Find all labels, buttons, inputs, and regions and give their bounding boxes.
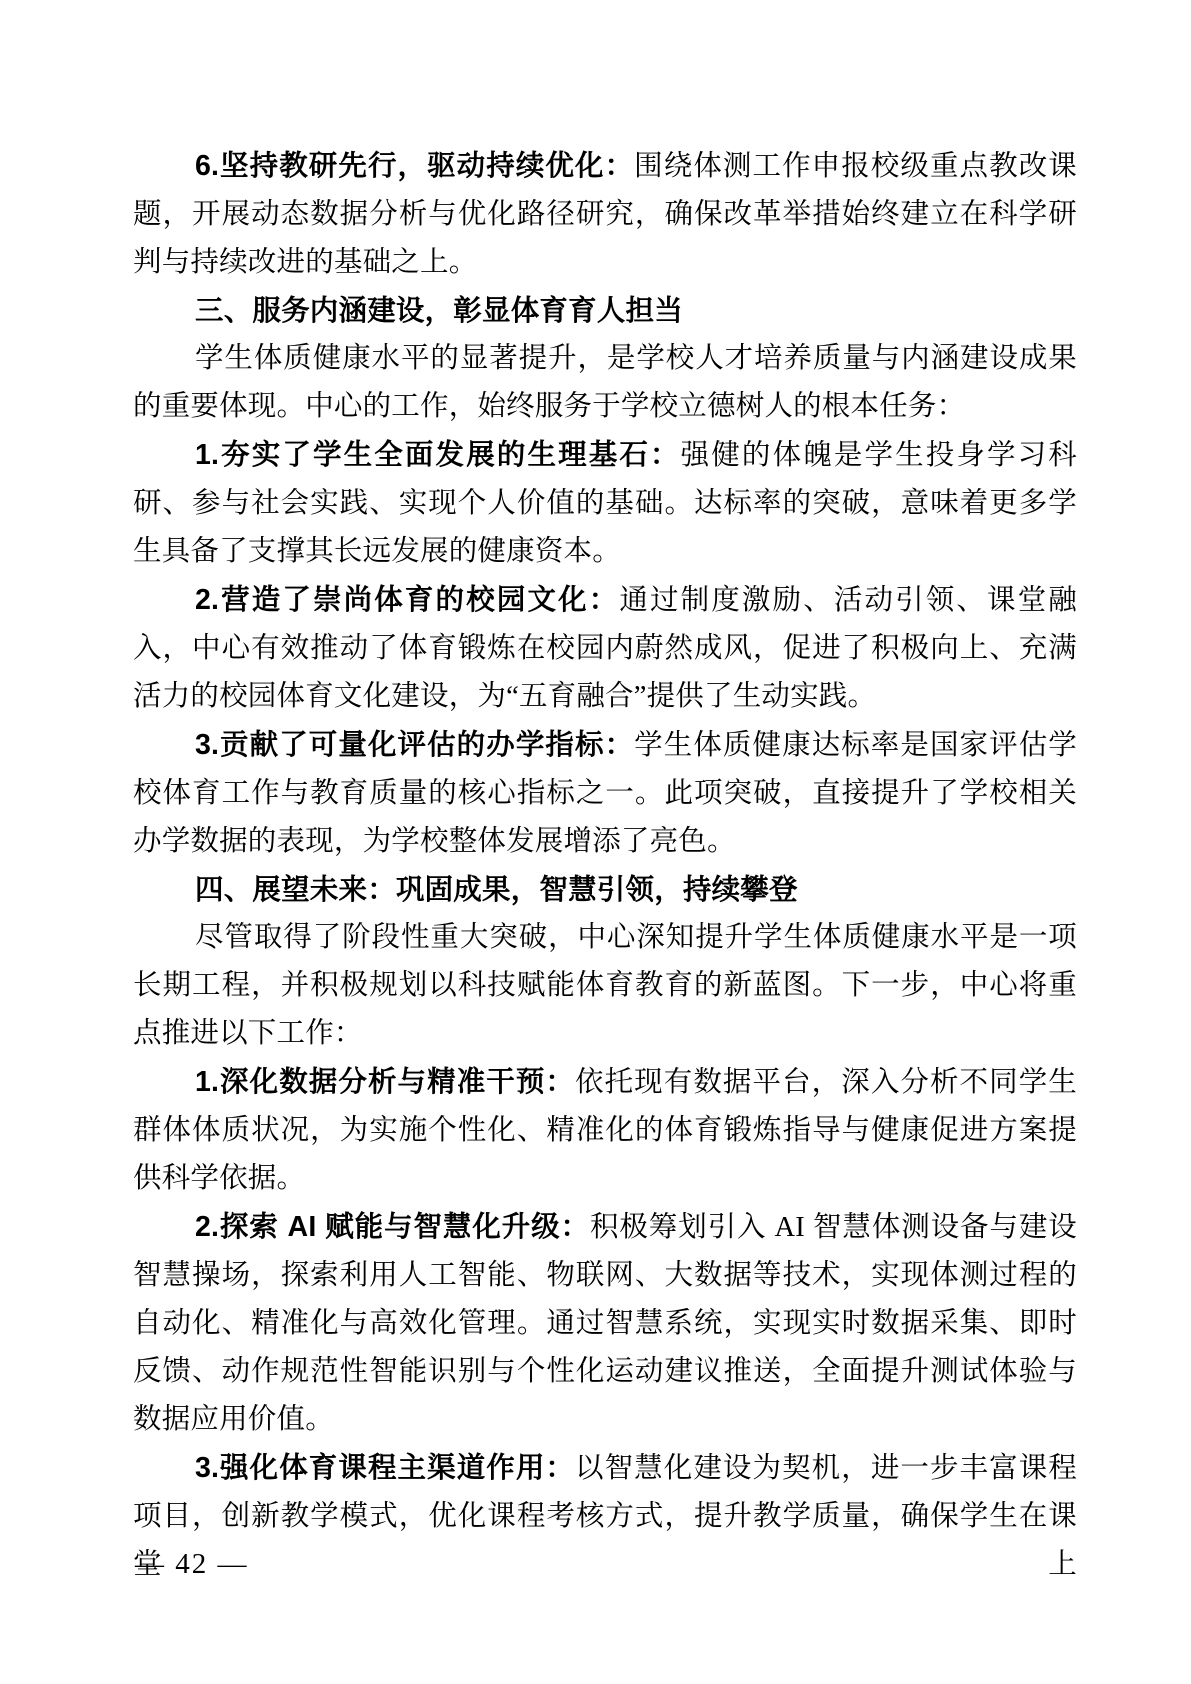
item-ai-smart-upgrade: 2.探索 AI 赋能与智慧化升级：积极筹划引入 AI 智慧体测设备与建设智慧操场… [133,1203,1077,1444]
paragraph-body: 学生体质健康水平的显著提升，是学校人才培养质量与内涵建设成果的重要体现。中心的工… [133,343,1077,422]
item-lead: 2.探索 AI 赋能与智慧化升级： [195,1211,590,1243]
item-quantifiable-indicator: 3.贡献了可量化评估的办学指标：学生体质健康达标率是国家评估学校体育工作与教育质… [133,721,1077,866]
section-3-intro-paragraph: 学生体质健康水平的显著提升，是学校人才培养质量与内涵建设成果的重要体现。中心的工… [133,335,1077,431]
item-research-driven-optimization: 6.坚持教研先行，驱动持续优化：围绕体测工作申报校级重点教改课题，开展动态数据分… [133,142,1077,287]
item-lead: 6.坚持教研先行，驱动持续优化： [195,150,634,182]
item-physiological-foundation: 1.夯实了学生全面发展的生理基石：强健的体魄是学生投身学习科研、参与社会实践、实… [133,431,1077,576]
item-body: 积极筹划引入 AI 智慧体测设备与建设智慧操场，探索利用人工智能、物联网、大数据… [133,1212,1077,1435]
item-lead: 2.营造了崇尚体育的校园文化： [195,584,619,616]
item-lead: 3.强化体育课程主渠道作用： [195,1452,575,1484]
document-content: 6.坚持教研先行，驱动持续优化：围绕体测工作申报校级重点教改课题，开展动态数据分… [133,142,1077,1589]
page-number: — 42 — [135,1546,249,1582]
item-lead: 1.夯实了学生全面发展的生理基石： [195,439,681,471]
item-campus-sports-culture: 2.营造了崇尚体育的校园文化：通过制度激励、活动引领、课堂融入，中心有效推动了体… [133,576,1077,721]
item-lead: 1.深化数据分析与精准干预： [195,1066,575,1098]
item-lead: 3.贡献了可量化评估的办学指标： [195,729,634,761]
section-heading-3: 三、服务内涵建设，彰显体育育人担当 [133,287,1077,335]
section-heading-4: 四、展望未来：巩固成果，智慧引领，持续攀登 [133,866,1077,914]
paragraph-body: 尽管取得了阶段性重大突破，中心深知提升学生体质健康水平是一项长期工程，并积极规划… [133,922,1077,1049]
section-4-intro-paragraph: 尽管取得了阶段性重大突破，中心深知提升学生体质健康水平是一项长期工程，并积极规划… [133,914,1077,1058]
item-pe-curriculum-channel: 3.强化体育课程主渠道作用：以智慧化建设为契机，进一步丰富课程项目，创新教学模式… [133,1444,1077,1589]
item-data-analysis-intervention: 1.深化数据分析与精准干预：依托现有数据平台，深入分析不同学生群体体质状况，为实… [133,1058,1077,1203]
document-page: 6.坚持教研先行，驱动持续优化：围绕体测工作申报校级重点教改课题，开展动态数据分… [0,0,1191,1684]
